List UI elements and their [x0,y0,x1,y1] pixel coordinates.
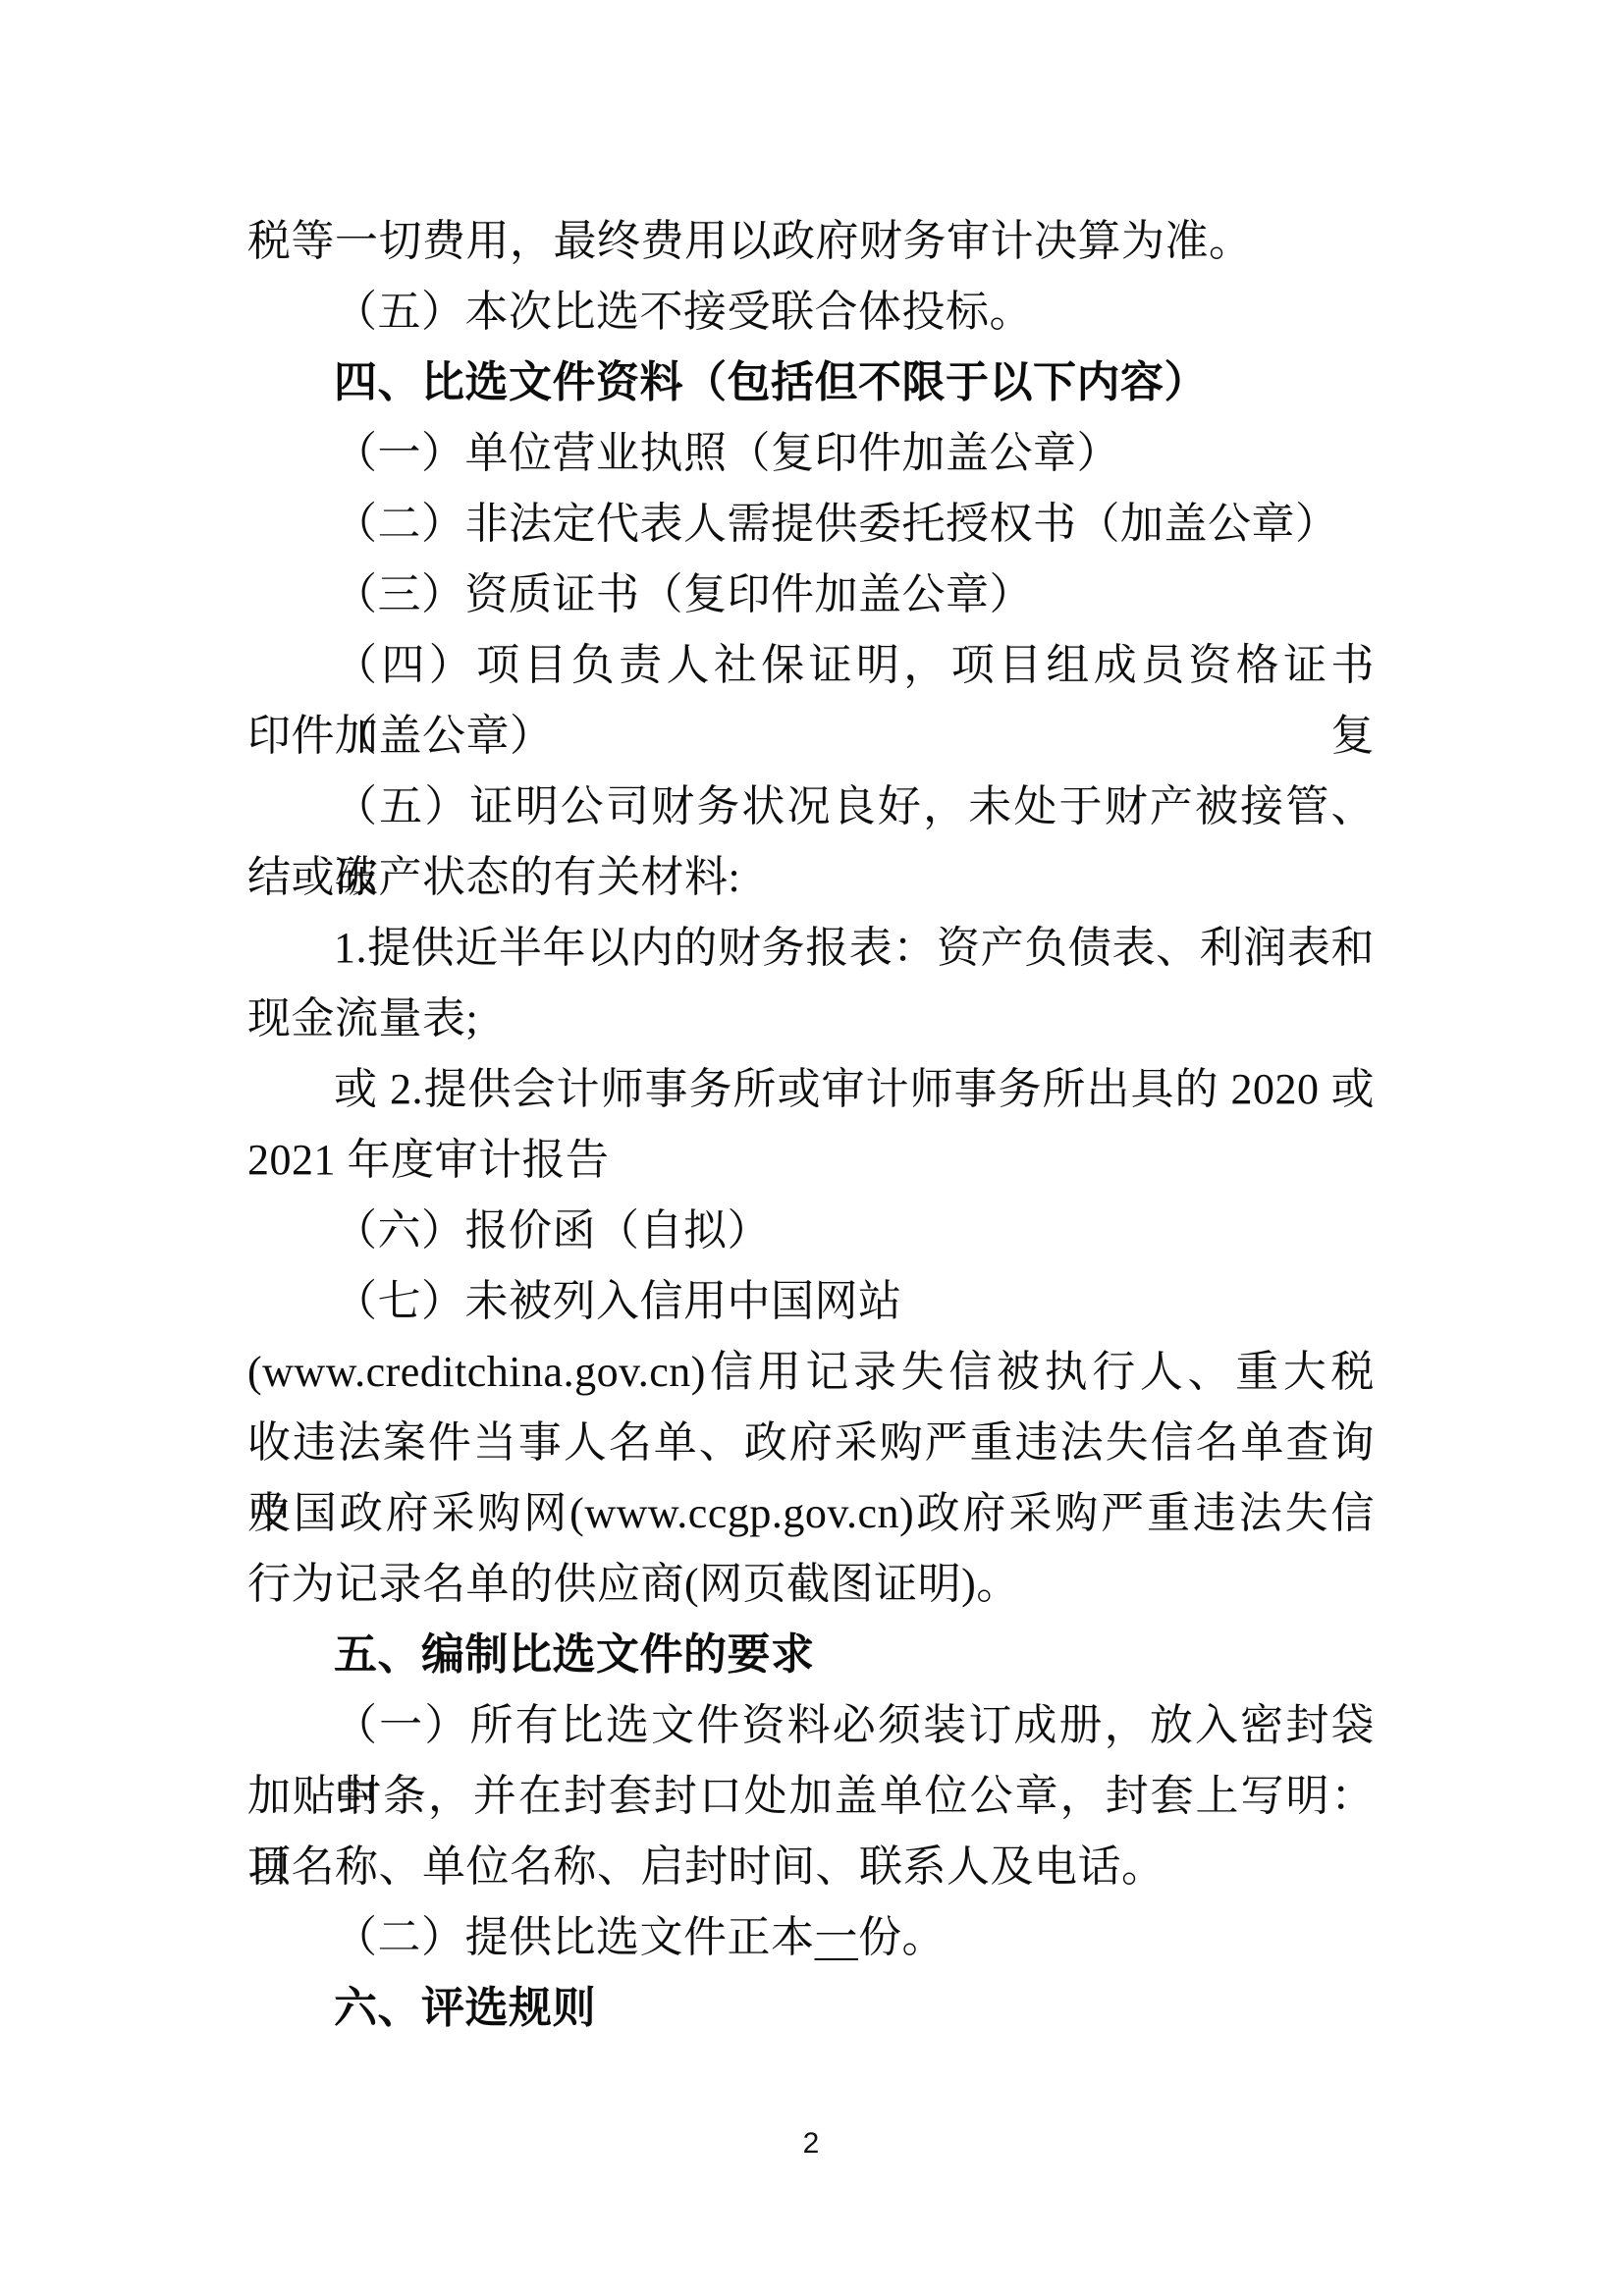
text-line: （六）报价函（自拟） [247,1196,1375,1266]
text-line: (www.creditchina.gov.cn)信用记录失信被执行人、重大税 [247,1337,1375,1408]
text-line: （三）资质证书（复印件加盖公章） [247,560,1375,630]
text-line: 现金流量表; [247,984,1375,1054]
text-line: 收违法案件当事人名单、政府采购严重违法失信名单查询及 [247,1408,1375,1478]
text-line: （一）单位营业执照（复印件加盖公章） [247,418,1375,489]
text-line: （五）证明公司财务状况良好，未处于财产被接管、冻 [247,772,1375,842]
text-segment: （二）提供比选文件正本 [334,1913,815,1961]
text-line: 加贴封条，并在封套封口处加盖单位公章，封套上写明：项 [247,1761,1375,1832]
text-line: 目名称、单位名称、启封时间、联系人及电话。 [247,1832,1375,1902]
text-line: （五）本次比选不接受联合体投标。 [247,277,1375,347]
underlined-blank: 一 [815,1913,859,1961]
document-page: 税等一切费用，最终费用以政府财务审计决算为准。 （五）本次比选不接受联合体投标。… [0,0,1624,2296]
section-heading: 五、编制比选文件的要求 [247,1620,1375,1690]
text-line: 行为记录名单的供应商(网页截图证明)。 [247,1549,1375,1620]
text-line: （四）项目负责人社保证明，项目组成员资格证书（复 [247,630,1375,701]
text-line: （二）非法定代表人需提供委托授权书（加盖公章） [247,489,1375,560]
text-line: 或 2.提供会计师事务所或审计师事务所出具的 2020 或 [247,1054,1375,1125]
document-body: 税等一切费用，最终费用以政府财务审计决算为准。 （五）本次比选不接受联合体投标。… [247,206,1375,2044]
text-segment: 份。 [858,1913,946,1961]
text-line: 2021 年度审计报告 [247,1125,1375,1196]
text-line: （一）所有比选文件资料必须装订成册，放入密封袋中 [247,1690,1375,1761]
section-heading: 四、比选文件资料（包括但不限于以下内容） [247,347,1375,418]
text-line: （二）提供比选文件正本一份。 [247,1902,1375,1973]
text-line: 中国政府采购网(www.ccgp.gov.cn)政府采购严重违法失信 [247,1478,1375,1549]
text-line: 1.提供近半年以内的财务报表：资产负债表、利润表和 [247,913,1375,984]
text-line: （七）未被列入信用中国网站 [247,1266,1375,1337]
page-number: 2 [247,2122,1375,2165]
section-heading: 六、评选规则 [247,1973,1375,2044]
text-line: 结或破产状态的有关材料: [247,842,1375,913]
text-line: 税等一切费用，最终费用以政府财务审计决算为准。 [247,206,1375,277]
